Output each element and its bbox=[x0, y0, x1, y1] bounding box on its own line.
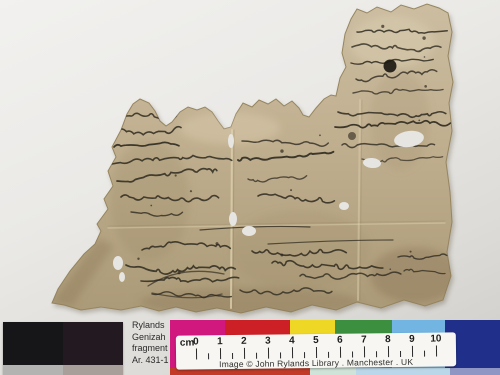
ruler-tick bbox=[244, 348, 245, 359]
grayscale-calibration-target bbox=[3, 322, 123, 375]
ruler-number-8: 8 bbox=[385, 334, 391, 345]
ruler-tick bbox=[340, 347, 341, 358]
ruler-tick bbox=[316, 347, 317, 358]
ruler-tick bbox=[412, 346, 413, 357]
ruler-number-7: 7 bbox=[361, 334, 367, 345]
ruler-tick bbox=[220, 348, 221, 359]
ruler-tick bbox=[388, 346, 389, 357]
grayscale-patch-light-gray bbox=[3, 365, 63, 375]
ruler-tick bbox=[268, 348, 269, 359]
ruler-tick bbox=[364, 346, 365, 357]
grayscale-patch-black bbox=[3, 322, 63, 365]
color-patch-pale-teal bbox=[310, 368, 356, 375]
ruler-number-1: 1 bbox=[217, 336, 223, 347]
ruler-number-5: 5 bbox=[313, 335, 319, 346]
ruler-number-3: 3 bbox=[265, 336, 271, 347]
grayscale-patch-warm-gray bbox=[63, 365, 123, 375]
color-patch-pale-blue bbox=[356, 368, 450, 375]
ruler-number-4: 4 bbox=[289, 335, 295, 346]
ruler-tick bbox=[292, 347, 293, 358]
manuscript-fragment bbox=[0, 0, 500, 375]
ruler-number-2: 2 bbox=[241, 336, 247, 347]
color-patch-lavender bbox=[450, 368, 500, 375]
ruler-tick bbox=[436, 346, 437, 357]
grayscale-patch-dark-plum bbox=[63, 322, 123, 365]
ruler-tick bbox=[196, 348, 197, 359]
photograph-stage: Rylands Genizah fragment Ar. 431-1 cm 01… bbox=[0, 0, 500, 375]
ruler-number-6: 6 bbox=[337, 335, 343, 346]
ruler-number-0: 0 bbox=[193, 336, 199, 347]
ruler-number-9: 9 bbox=[409, 334, 415, 345]
ruler-number-10: 10 bbox=[430, 333, 441, 344]
ruler: cm 012345678910 Image © John Rylands Lib… bbox=[176, 332, 456, 369]
